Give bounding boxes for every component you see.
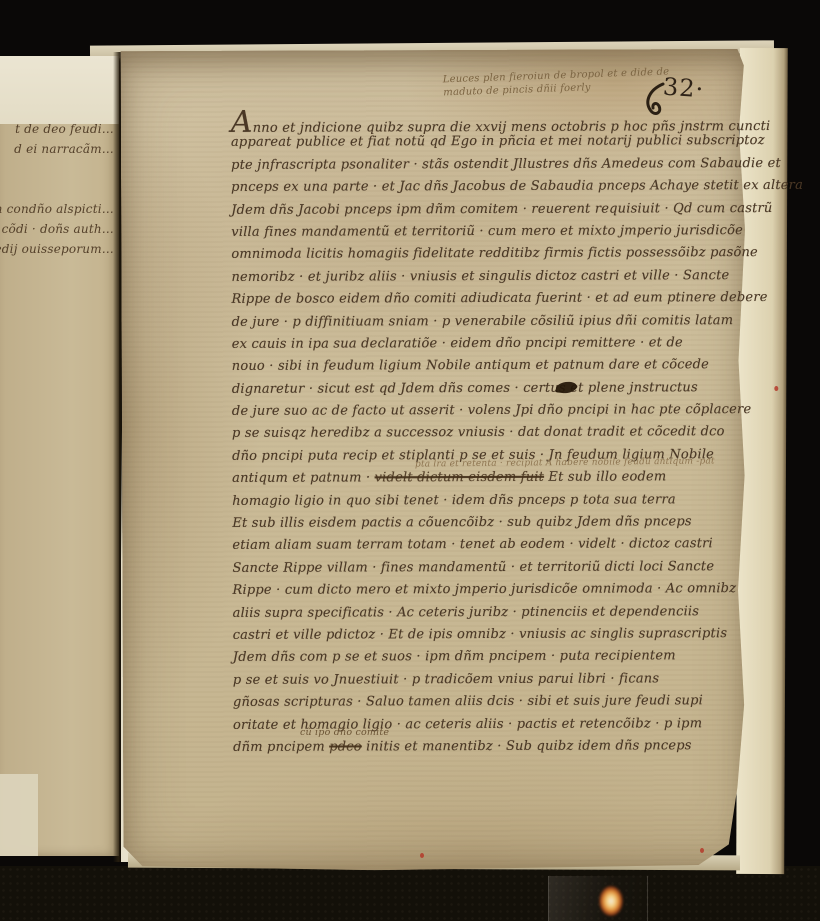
manuscript-text-line: Rippe · cum dicto mero et mixto jmperio …: [233, 581, 738, 605]
manuscript-text-line: Et sub illis eisdem pactis a cõuencõibz …: [232, 514, 737, 538]
fragment-text-line: …medij ouisseporum: [0, 242, 114, 262]
manuscript-text-line: Jdem dñs Jacobi pnceps ipm dñm comitem ·…: [231, 201, 736, 225]
manuscript-text-line: p se suisqz heredibz a successoz vniusis…: [232, 425, 737, 449]
manuscript-text-line: pnceps ex una parte · et Jac dñs Jacobus…: [231, 178, 736, 202]
manuscript-text-line: omnimoda licitis homagiis fidelitate red…: [231, 245, 736, 269]
red-edge-mark: [420, 853, 424, 858]
manuscript-text: Anno et jndicione quibz supra die xxvij …: [231, 111, 738, 762]
manuscript-text-line: gñosas scripturas · Saluo tamen aliis dc…: [233, 693, 738, 717]
page-corner-patch: [0, 774, 38, 856]
manuscript-text-line: castri et ville pdictoz · Et de ipis omn…: [233, 626, 738, 650]
manuscript-text-line: p se et suis vo Jnuestiuit · p tradicõem…: [233, 671, 738, 695]
manuscript-text-line: Sancte Rippe villam · fines mandamentũ ·…: [232, 559, 737, 583]
manuscript-text-line: aliis supra specificatis · Ac ceteris ju…: [233, 604, 738, 628]
manuscript-text-line: pte jnfrascripta psonaliter · stãs osten…: [231, 156, 736, 180]
manuscript-text-line: antiqum et patnum · videlt dictum eisdem…: [232, 469, 737, 493]
fragment-text-line: [0, 162, 114, 182]
repair-strip: [0, 56, 119, 124]
previous-page-text-fragment: …t de deo feudi…d ei narracãm…lprim cond…: [0, 122, 114, 262]
manuscript-text-line: appareat publice et fiat notũ qd Ego in …: [231, 134, 736, 158]
manuscript-text-line: de jure suo ac de facto ut asserit · vol…: [232, 402, 737, 426]
manuscript-text-line: etiam aliam suam terram totam · tenet ab…: [232, 537, 737, 561]
manuscript-text-line: dignaretur · sicut est qd Jdem dñs comes…: [232, 380, 737, 404]
light-reflection: [596, 882, 626, 920]
manuscript-text-line: Anno et jndicione quibz supra die xxvij …: [231, 111, 736, 135]
red-edge-mark: [700, 848, 704, 853]
manuscript-text-line: dñm pncipem pdco initis et manentibz · S…: [233, 738, 738, 762]
manuscript-text-line: nemoribz · et juribz aliis · vniusis et …: [231, 268, 736, 292]
manuscript-photo: …t de deo feudi…d ei narracãm…lprim cond…: [0, 0, 820, 921]
folio-number-text: 32·: [662, 73, 705, 104]
book-cradle-leather: [0, 866, 820, 921]
fragment-text-line: [0, 182, 114, 202]
previous-page-edge: …t de deo feudi…d ei narracãm…lprim cond…: [0, 56, 119, 856]
manuscript-text-line: nouo · sibi in feudum ligium Nobile anti…: [232, 357, 737, 381]
red-edge-mark: [774, 386, 778, 391]
manuscript-text-line: de jure · p diffinitiuam sniam · p vener…: [232, 313, 737, 337]
fragment-text-line: …t de deo feudi: [0, 122, 114, 142]
fragment-text-line: …lprim condño alspicti: [0, 202, 114, 222]
book-fore-edge: [736, 48, 788, 874]
manuscript-text-line: Rippe de bosco eidem dño comiti adiudica…: [231, 290, 736, 314]
fragment-text-line: …d ei narracãm: [0, 142, 114, 162]
manuscript-text-line: ex cauis in ipa sua declaratiõe · eidem …: [232, 335, 737, 359]
manuscript-text-line: villa fines mandamentũ et territoriũ · c…: [231, 223, 736, 247]
interlinear-correction: cũ ipo dño comite: [300, 727, 389, 738]
manuscript-text-line: Jdem dñs com p se et suos · ipm dñm pnci…: [233, 648, 738, 672]
fragment-text-line: …cõdi · doñs auth: [0, 222, 114, 242]
manuscript-text-line: homagio ligio in quo sibi tenet · idem d…: [232, 492, 737, 516]
